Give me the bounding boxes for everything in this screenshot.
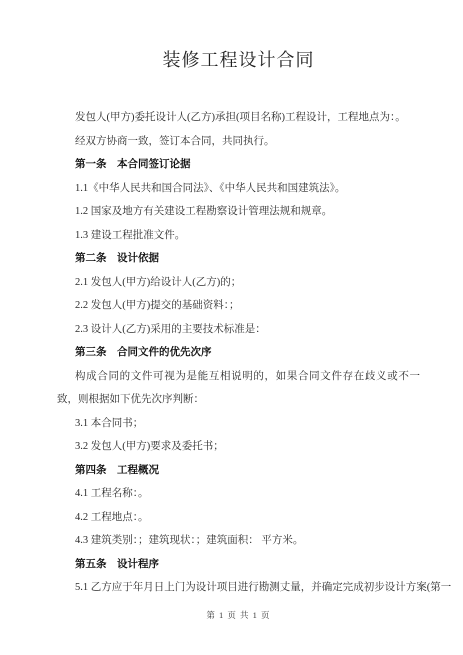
clause-1-1: 1.1《中华人民共和国合同法》、《中华人民共和国建筑法》。 [57, 177, 420, 201]
section-heading-3: 第三条 合同文件的优先次序 [57, 341, 420, 365]
clause-2-3: 2.3 设计人(乙方)采用的主要技术标准是： [57, 318, 420, 342]
clause-2-1: 2.1 发包人(甲方)给设计人(乙方)的； [57, 271, 420, 295]
clause-1-3: 1.3 建设工程批准文件。 [57, 224, 420, 248]
page-footer: 第 1 页 共 1 页 [57, 608, 420, 622]
paragraph-agreement: 经双方协商一致，签订本合同，共同执行。 [57, 130, 420, 154]
paragraph-priority-order: 构成合同的文件可视为是能互相说明的，如果合同文件存在歧义或不一致，则根据如下优先… [57, 365, 420, 412]
clause-5-1: 5.1 乙方应于年月日上门为设计项目进行勘测丈量，并确定完成初步设计方案(第一 [57, 576, 420, 600]
clause-2-2: 2.2 发包人(甲方)提交的基础资料：； [57, 294, 420, 318]
clause-3-2: 3.2 发包人(甲方)要求及委托书； [57, 435, 420, 459]
clause-4-2: 4.2 工程地点：。 [57, 506, 420, 530]
section-heading-4: 第四条 工程概况 [57, 459, 420, 483]
clause-4-3: 4.3 建筑类别：；建筑现状：；建筑面积： 平方米。 [57, 529, 420, 553]
document-page: 装修工程设计合同 发包人(甲方)委托设计人(乙方)承担(项目名称)工程设计，工程… [0, 0, 463, 655]
section-heading-1: 第一条 本合同签订论据 [57, 153, 420, 177]
contract-title: 装修工程设计合同 [57, 48, 420, 72]
paragraph-intro: 发包人(甲方)委托设计人(乙方)承担(项目名称)工程设计，工程地点为：。 [57, 106, 420, 130]
clause-3-1: 3.1 本合同书； [57, 412, 420, 436]
clause-4-1: 4.1 工程名称：。 [57, 482, 420, 506]
section-heading-2: 第二条 设计依据 [57, 247, 420, 271]
section-heading-5: 第五条 设计程序 [57, 553, 420, 577]
clause-1-2: 1.2 国家及地方有关建设工程勘察设计管理法规和规章。 [57, 200, 420, 224]
